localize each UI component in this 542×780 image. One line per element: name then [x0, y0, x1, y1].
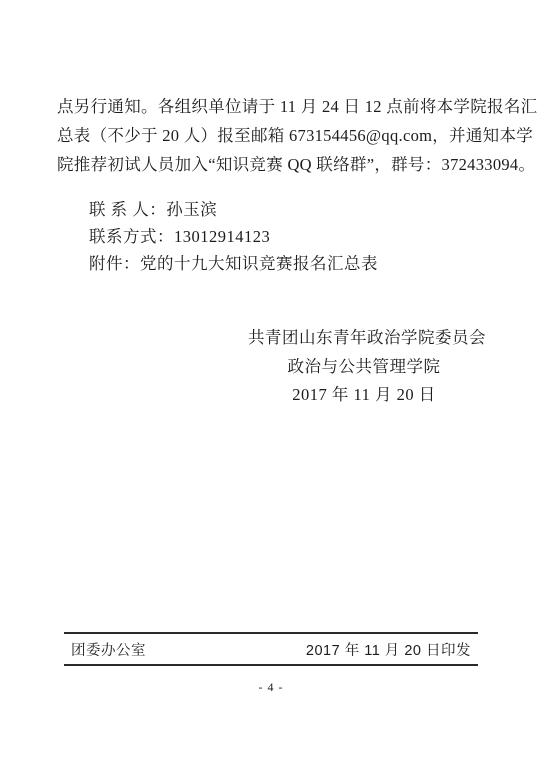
contact-attachment: 附件：党的十九大知识竞赛报名汇总表	[89, 250, 378, 277]
footer-rule-bottom	[64, 664, 478, 666]
signature-org-committee: 共青团山东青年政治学院委员会	[248, 324, 480, 353]
body-paragraph: 点另行通知。各组织单位请于 11 月 24 日 12 点前将本学院报名汇 总表（…	[57, 92, 486, 179]
signature-date: 2017 年 11 月 20 日	[248, 381, 480, 410]
paragraph-line-2: 总表（不少于 20 人）报至邮箱 673154456@qq.com，并通知本学	[57, 121, 486, 150]
footer-issuing-office: 团委办公室	[71, 639, 146, 660]
signature-org-school: 政治与公共管理学院	[248, 353, 480, 382]
page-number: - 4 -	[0, 680, 542, 695]
signature-block: 共青团山东青年政治学院委员会 政治与公共管理学院 2017 年 11 月 20 …	[248, 324, 480, 410]
paragraph-line-1: 点另行通知。各组织单位请于 11 月 24 日 12 点前将本学院报名汇	[57, 92, 486, 121]
contact-person: 联 系 人：孙玉滨	[89, 196, 378, 223]
contact-block: 联 系 人：孙玉滨 联系方式：13012914123 附件：党的十九大知识竞赛报…	[89, 196, 378, 277]
footer-rule-top	[64, 632, 478, 634]
contact-phone: 联系方式：13012914123	[89, 223, 378, 250]
footer-print-date: 2017 年 11 月 20 日印发	[306, 639, 471, 660]
document-page: 点另行通知。各组织单位请于 11 月 24 日 12 点前将本学院报名汇 总表（…	[0, 0, 542, 780]
footer-colophon: 团委办公室 2017 年 11 月 20 日印发	[64, 636, 478, 662]
paragraph-line-3: 院推荐初试人员加入“知识竞赛 QQ 联络群”，群号：372433094。	[57, 150, 486, 179]
